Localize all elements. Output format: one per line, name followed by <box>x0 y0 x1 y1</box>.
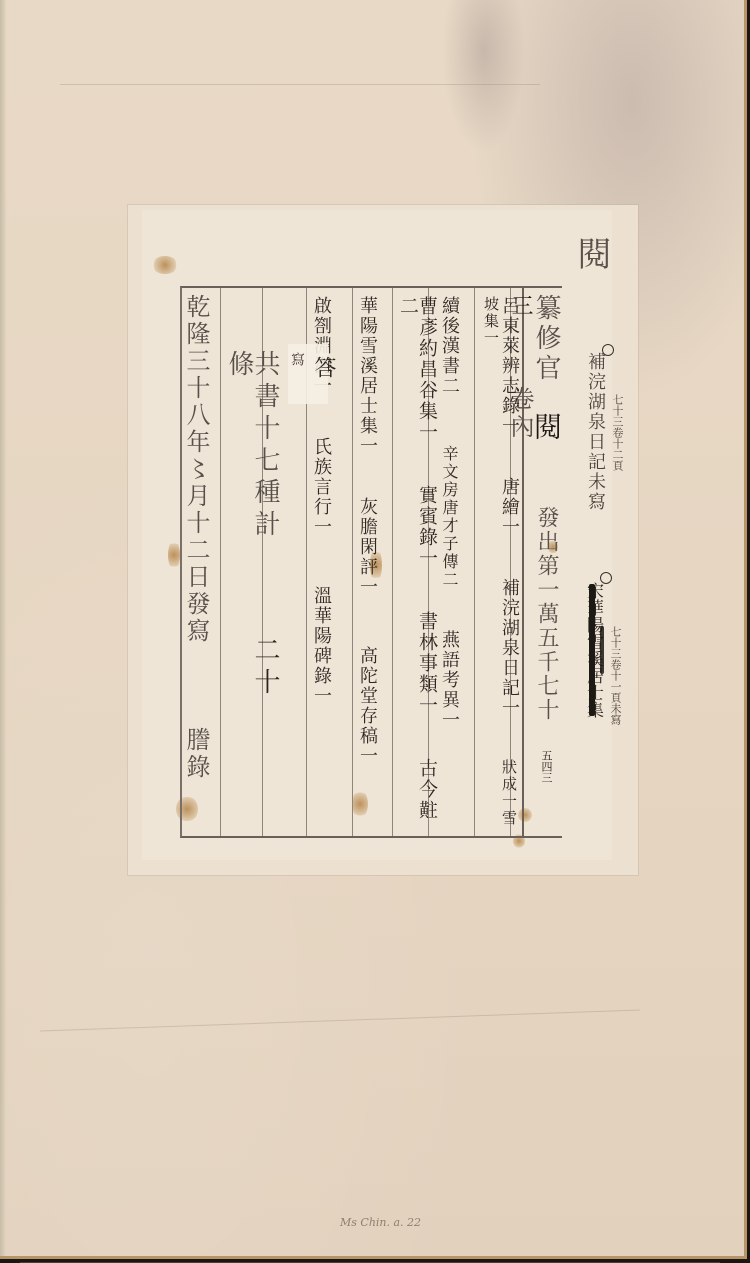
copyist-label: 謄錄 <box>182 727 210 781</box>
office-label: 纂修官 <box>531 294 561 384</box>
book-entry: 補浣湖泉日記一 <box>499 578 520 718</box>
summary-unit: 條 <box>224 350 254 382</box>
column-rule <box>352 288 353 836</box>
book-entry: 溫華陽碑錄一 <box>311 586 332 706</box>
book-entry: 氏族言行一 <box>311 437 332 537</box>
book-entry: 續後漢書二 <box>439 296 460 396</box>
dispatch-numbers: 五四三 <box>540 750 553 783</box>
ruled-frame: 纂修官 閱 發出第一萬五千七十 五四三 三 卷內 呂東萊辨志錄一 唐繪一 補浣湖… <box>180 286 562 838</box>
review-mark: 閱 <box>530 412 563 440</box>
book-entry: 曹彥約昌谷集一 <box>416 296 438 443</box>
stain <box>152 256 178 274</box>
book-entry: 唐繪一 <box>499 477 520 537</box>
shelfmark: Ms Chin. a. 22 <box>340 1216 421 1229</box>
book-column-4: 華陽雪溪居士集一 灰膽閑評一 高陀堂存稿一 <box>358 296 376 836</box>
column-rule <box>474 288 475 836</box>
margin-note-1: 補浣湖泉日記未寫 <box>586 352 604 512</box>
book-entry: 灰膽閑評一 <box>357 497 378 597</box>
margin-note-1-small: 七十三卷十二頁 <box>612 394 623 471</box>
board-left-edge <box>0 0 6 1256</box>
book-entry: 高陀堂存稿一 <box>357 646 378 766</box>
strike-through-mark <box>600 626 604 674</box>
book-entry: 華陽雪溪居士集一 <box>357 296 378 456</box>
strike-through-mark <box>589 584 595 716</box>
book-entry: 實賓錄一 <box>416 485 438 569</box>
stain <box>168 540 180 570</box>
book-column-2: 續後漢書二 辛文房唐才子傳二 燕語考異一 <box>440 296 458 836</box>
summary-total-value: 二十 <box>250 636 280 700</box>
book-column-3: 曹彥約昌谷集一 實賓錄一 書林事類一 古今黈二 <box>398 296 436 836</box>
mounting-board: 纂修官 閱 發出第一萬五千七十 五四三 三 卷內 呂東萊辨志錄一 唐繪一 補浣湖… <box>0 0 747 1259</box>
pasted-note-left: 寫 <box>290 352 304 366</box>
pasted-note-right: 答 <box>312 356 334 378</box>
date-text: 乾隆三十八年〻月十二日發寫 <box>182 294 210 645</box>
summary-column: 共書十七種計 二十 條 <box>226 350 278 836</box>
paper-crease <box>40 1010 640 1032</box>
book-entry: 書林事類一 <box>416 611 438 716</box>
margin-review-mark: 閱 <box>574 236 608 270</box>
book-entry: 燕語考異一 <box>439 630 460 730</box>
book-column-1: 呂東萊辨志錄一 唐繪一 補浣湖泉日記一 狀成一雪坡集一 <box>482 296 518 836</box>
column-rule <box>392 288 393 836</box>
summary-total-label: 共書十七種計 <box>250 350 280 542</box>
paper-crease <box>60 84 540 85</box>
book-entry: 辛文房唐才子傳二 <box>440 445 459 589</box>
date-column: 乾隆三十八年〻月十二日發寫 謄錄 <box>184 294 208 836</box>
margin-note-2-small: 七十三卷十一頁未寫 <box>610 626 621 725</box>
book-entry: 呂東萊辨志錄一 <box>499 296 520 436</box>
dispatch-label: 發出第一萬五千七十 <box>534 506 559 722</box>
column-rule <box>220 288 221 836</box>
